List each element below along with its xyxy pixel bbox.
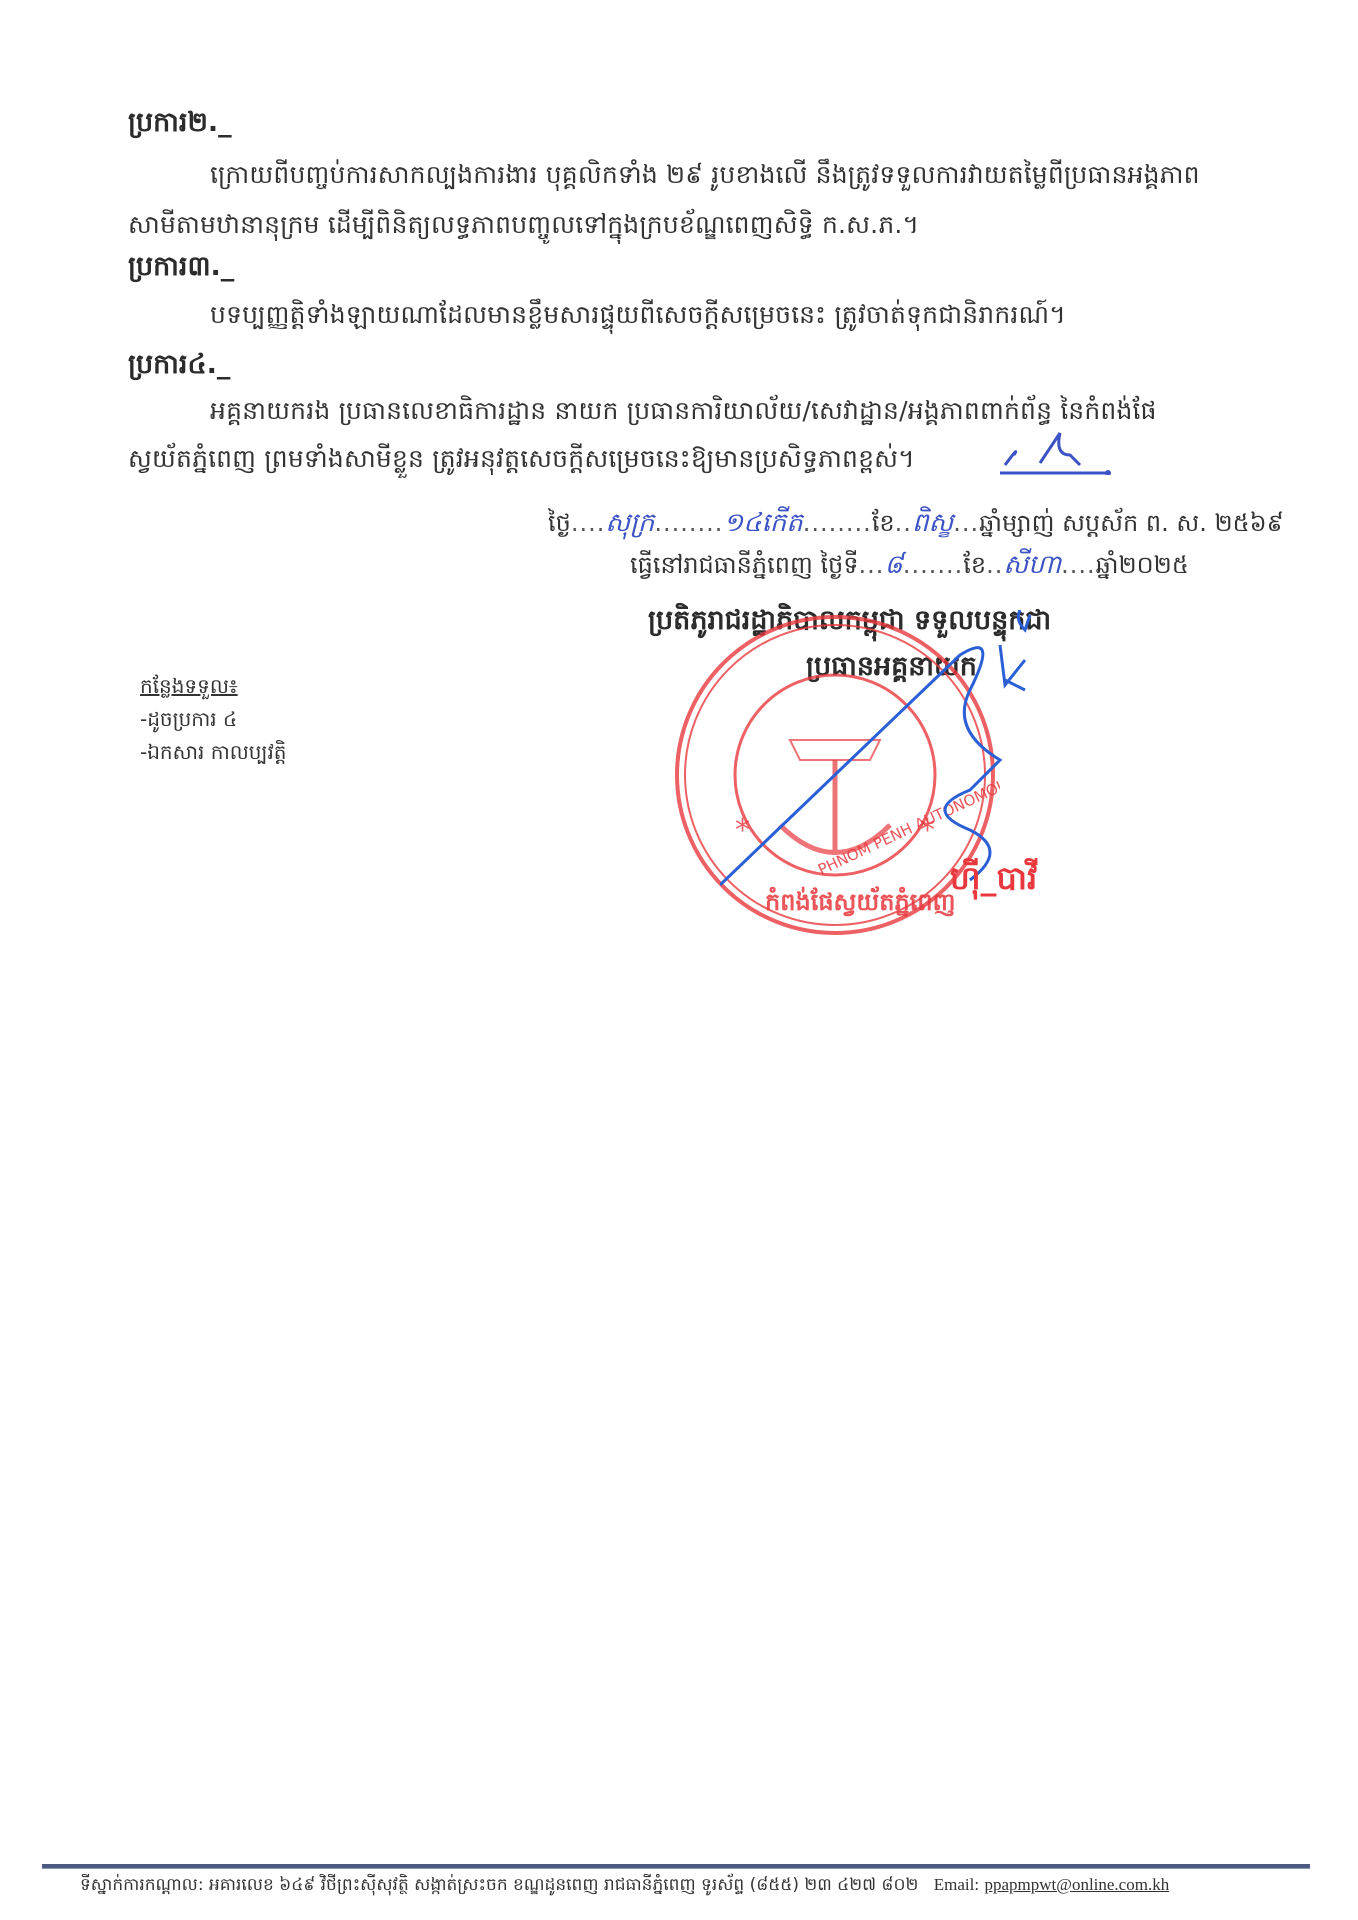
handwritten-lunar-month: ពិស្ខ <box>912 508 953 538</box>
recipients-block: កន្លែងទទួល៖ -ដូចប្រការ ៤ -ឯកសារ កាលប្បវត… <box>140 670 286 769</box>
email-label: Email: <box>934 1875 979 1894</box>
handwritten-weekday: សុក្រ <box>605 508 654 538</box>
solar-date-line: ធ្វើនៅរាជធានីភ្នំពេញ ថ្ងៃទី...៨.......ខែ… <box>630 548 1189 586</box>
footer-contact: ទីស្នាក់ការកណ្តាល: អគារលេខ ៦៤៩ វិថីព្រះស… <box>80 1874 1169 1899</box>
email-link[interactable]: ppapmpwt@online.com.kh <box>985 1875 1170 1894</box>
handwritten-day: ៨ <box>884 550 902 580</box>
month-label: ខែ <box>872 509 895 537</box>
handwritten-lunar-day: ១៤កើត <box>723 508 802 538</box>
month-label: ខែ <box>963 551 986 579</box>
footer-address: ទីស្នាក់ការកណ្តាល: អគារលេខ ៦៤៩ វិថីព្រះស… <box>80 1875 918 1895</box>
recipients-title: កន្លែងទទួល៖ <box>140 670 286 703</box>
lunar-date-line: ថ្ងៃ....សុក្រ........១៤កើត........ខែ..ពិ… <box>548 506 1284 544</box>
recipient-item: -ឯកសារ កាលប្បវត្តិ <box>140 736 286 769</box>
handwritten-month: សីហា <box>1003 550 1061 580</box>
article-2-line-2: សាមីតាមឋានានុក្រម ដើម្បីពិនិត្យលទ្ធភាពបញ… <box>128 210 919 246</box>
footer-rule <box>42 1864 1310 1869</box>
lunar-year: ឆ្នាំម្សាញ់ សប្តស័ក ព. ស. ២៥៦៩ <box>979 509 1284 537</box>
place-and-day-label: ធ្វើនៅរាជធានីភ្នំពេញ ថ្ងៃទី <box>630 551 859 579</box>
initials-mark-icon <box>1000 425 1120 475</box>
day-label: ថ្ងៃ <box>548 509 571 537</box>
article-4-heading: ប្រការ៤._ <box>128 348 230 387</box>
article-2-heading: ប្រការ២._ <box>128 106 232 145</box>
signer-name: ហ៊ី_បាវី <box>950 858 1037 905</box>
article-3-heading: ប្រការ៣._ <box>128 250 234 289</box>
article-2-line-1: ក្រោយពីបញ្ចប់ការសាកល្បងការងារ បុគ្គលិកទា… <box>210 160 1200 196</box>
article-3-line-1: បទប្បញ្ញត្តិទាំងឡាយណាដែលមានខ្លឹមសារផ្ទុយ… <box>210 300 1066 336</box>
recipient-item: -ដូចប្រការ ៤ <box>140 703 286 736</box>
year: ឆ្នាំ២០២៥ <box>1096 551 1189 579</box>
article-4-line-2: ស្វយ័តភ្នំពេញ ព្រមទាំងសាមីខ្លួន ត្រូវអនុ… <box>128 444 915 480</box>
